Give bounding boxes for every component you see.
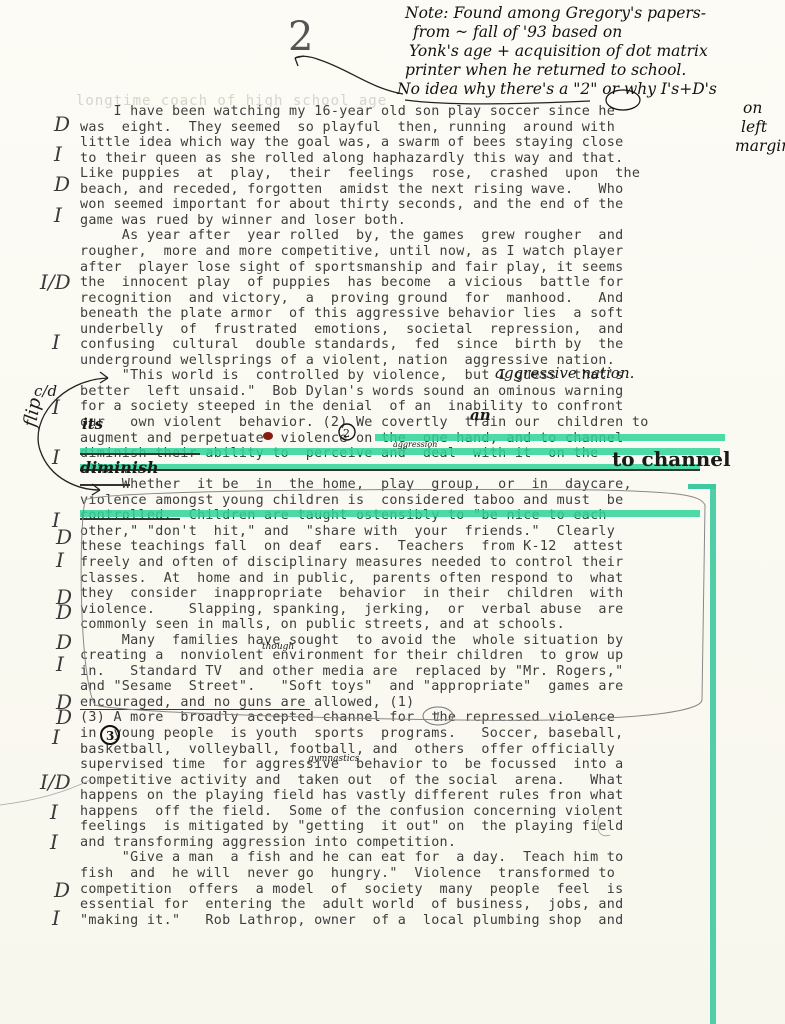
margin-mark: I/D xyxy=(40,770,71,794)
scanned-page: longtime coach of high school age 2 Note… xyxy=(0,0,785,1024)
margin-mark: I xyxy=(50,800,58,824)
margin-mark: I/D xyxy=(40,270,71,294)
margin-mark: I xyxy=(52,725,60,749)
margin-mark: D xyxy=(56,600,72,624)
margin-mark: I xyxy=(52,395,60,419)
margin-mark: D xyxy=(56,525,72,549)
svg-text:3: 3 xyxy=(106,729,114,743)
margin-mark: D xyxy=(54,878,70,902)
margin-mark: I xyxy=(52,445,60,469)
margin-mark: D xyxy=(56,630,72,654)
margin-mark: I xyxy=(54,203,62,227)
margin-mark: I xyxy=(50,830,58,854)
annotation-strokes: 2 1 3 xyxy=(0,0,785,1024)
svg-text:1: 1 xyxy=(434,710,442,724)
margin-mark: D xyxy=(54,172,70,196)
svg-text:2: 2 xyxy=(343,427,350,440)
margin-mark: I xyxy=(56,548,64,572)
green-marker-vertical-line xyxy=(710,484,716,1024)
margin-mark: I xyxy=(54,142,62,166)
margin-mark: I xyxy=(52,330,60,354)
margin-mark: D xyxy=(54,112,70,136)
margin-mark: I xyxy=(56,652,64,676)
margin-mark: I xyxy=(52,906,60,930)
